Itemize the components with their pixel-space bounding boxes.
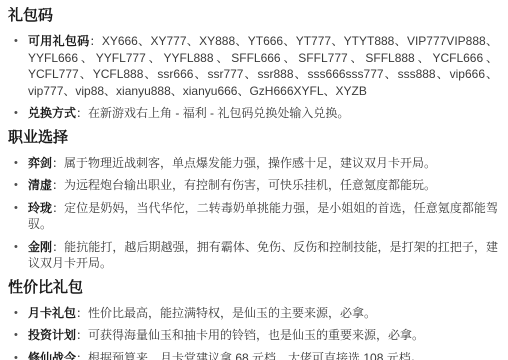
list-item: •玲珑：定位是奶妈，当代华佗，二转毒奶单挑能力强，是小姐姐的首选，任意氪度都能驾…	[8, 200, 498, 233]
bullet-icon: •	[14, 177, 18, 194]
section-gift-codes: 礼包码 •可用礼包码：XY666、XY777、XY888、YT666、YT777…	[8, 6, 498, 122]
item-separator: ：	[76, 306, 88, 320]
list-item: •可用礼包码：XY666、XY777、XY888、YT666、YT777、YTY…	[8, 33, 498, 99]
bullet-list: •可用礼包码：XY666、XY777、XY888、YT666、YT777、YTY…	[8, 33, 498, 122]
list-item: •弈剑：属于物理近战刺客，单点爆发能力强，操作感十足，建议双月卡开局。	[8, 155, 498, 172]
item-separator: ：	[52, 201, 64, 215]
item-separator: ：	[52, 240, 64, 254]
item-text: 能抗能打，越后期越强，拥有霸体、免伤、反伤和控制技能，是打架的扛把子，建议双月卡…	[28, 240, 498, 271]
item-term: 兑换方式	[28, 106, 76, 120]
bullet-icon: •	[14, 155, 18, 172]
item-separator: ：	[76, 106, 88, 120]
item-text: 在新游戏右上角 - 福利 - 礼包码兑换处输入兑换。	[88, 106, 349, 120]
bullet-icon: •	[14, 305, 18, 322]
section-title: 职业选择	[8, 128, 498, 148]
bullet-icon: •	[14, 200, 18, 217]
item-text: 为远程炮台输出职业，有控制有伤害，可快乐挂机，任意氪度都能玩。	[64, 178, 436, 192]
list-item: •清虚：为远程炮台输出职业，有控制有伤害，可快乐挂机，任意氪度都能玩。	[8, 177, 498, 194]
item-text: 属于物理近战刺客，单点爆发能力强，操作感十足，建议双月卡开局。	[64, 156, 436, 170]
item-separator: ：	[52, 156, 64, 170]
list-item: •修仙战令：根据预算来，月卡党建议拿 68 元档，大佬可直接选 108 元档。	[8, 350, 498, 360]
item-separator: ：	[90, 34, 102, 48]
item-term: 月卡礼包	[28, 306, 76, 320]
item-separator: ：	[52, 178, 64, 192]
list-item: •投资计划：可获得海量仙玉和抽卡用的铃铛，也是仙玉的重要来源，必拿。	[8, 327, 498, 344]
list-item: •金刚：能抗能打，越后期越强，拥有霸体、免伤、反伤和控制技能，是打架的扛把子，建…	[8, 239, 498, 272]
item-term: 金刚	[28, 240, 52, 254]
section-value-packs: 性价比礼包 •月卡礼包：性价比最高，能拉满特权，是仙玉的主要来源，必拿。 •投资…	[8, 278, 498, 360]
section-title: 礼包码	[8, 6, 498, 26]
bullet-icon: •	[14, 327, 18, 344]
item-term: 清虚	[28, 178, 52, 192]
section-title: 性价比礼包	[8, 278, 498, 298]
item-text: 性价比最高，能拉满特权，是仙玉的主要来源，必拿。	[88, 306, 376, 320]
item-separator: ：	[76, 351, 88, 360]
bullet-list: •弈剑：属于物理近战刺客，单点爆发能力强，操作感十足，建议双月卡开局。 •清虚：…	[8, 155, 498, 272]
bullet-icon: •	[14, 350, 18, 360]
item-term: 可用礼包码	[28, 34, 90, 48]
item-separator: ：	[76, 328, 88, 342]
list-item: •兑换方式：在新游戏右上角 - 福利 - 礼包码兑换处输入兑换。	[8, 105, 498, 122]
bullet-list: •月卡礼包：性价比最高，能拉满特权，是仙玉的主要来源，必拿。 •投资计划：可获得…	[8, 305, 498, 360]
item-text: 可获得海量仙玉和抽卡用的铃铛，也是仙玉的重要来源，必拿。	[88, 328, 424, 342]
bullet-icon: •	[14, 33, 18, 50]
bullet-icon: •	[14, 105, 18, 122]
section-class-selection: 职业选择 •弈剑：属于物理近战刺客，单点爆发能力强，操作感十足，建议双月卡开局。…	[8, 128, 498, 272]
item-term: 投资计划	[28, 328, 76, 342]
item-term: 玲珑	[28, 201, 52, 215]
item-text: 根据预算来，月卡党建议拿 68 元档，大佬可直接选 108 元档。	[88, 351, 423, 360]
bullet-icon: •	[14, 239, 18, 256]
item-term: 修仙战令	[28, 351, 76, 360]
item-text: 定位是奶妈，当代华佗，二转毒奶单挑能力强，是小姐姐的首选，任意氪度都能驾驭。	[28, 201, 498, 232]
item-term: 弈剑	[28, 156, 52, 170]
document-root: 礼包码 •可用礼包码：XY666、XY777、XY888、YT666、YT777…	[0, 0, 508, 360]
list-item: •月卡礼包：性价比最高，能拉满特权，是仙玉的主要来源，必拿。	[8, 305, 498, 322]
